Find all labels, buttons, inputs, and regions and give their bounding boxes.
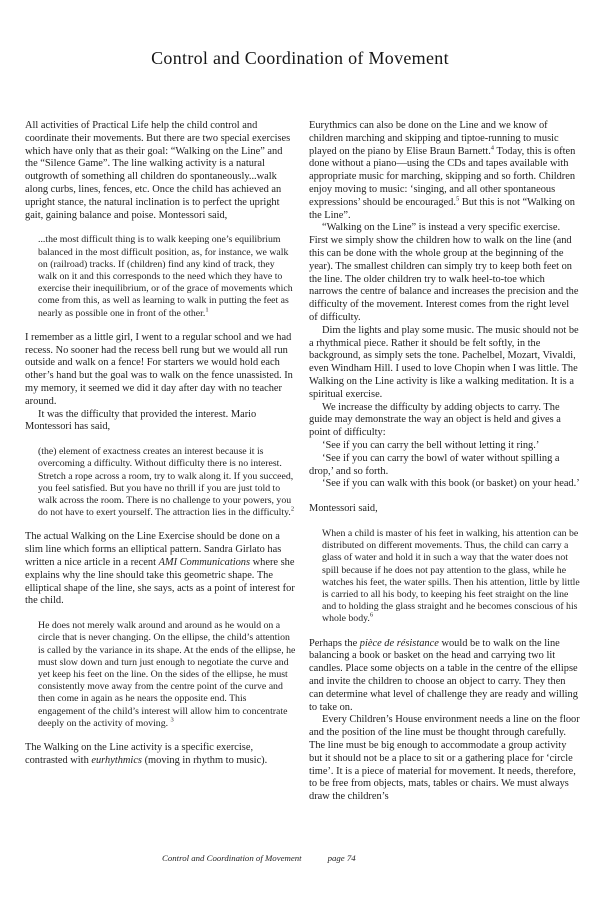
- page-footer: Control and Coordination of Movement pag…: [162, 853, 356, 863]
- paragraph: The Walking on the Line activity is a sp…: [25, 742, 296, 768]
- paragraph: ‘See if you can carry the bell without l…: [309, 440, 580, 453]
- paragraph: Montessori said,: [309, 503, 580, 516]
- paragraph: It was the difficulty that provided the …: [25, 409, 296, 435]
- text-column-left: All activities of Practical Life help th…: [25, 120, 296, 804]
- paragraph: The actual Walking on the Line Exercise …: [25, 531, 296, 608]
- block-quote: He does not merely walk around and aroun…: [38, 620, 296, 730]
- paragraph: We increase the difficulty by adding obj…: [309, 402, 580, 440]
- text-column-right: Eurythmics can also be done on the Line …: [309, 120, 580, 804]
- paragraph: I remember as a little girl, I went to a…: [25, 332, 296, 409]
- paragraph: Eurythmics can also be done on the Line …: [309, 120, 580, 222]
- block-quote: ...the most difficult thing is to walk k…: [38, 234, 296, 319]
- footer-page-number: page 74: [328, 853, 356, 863]
- paragraph: All activities of Practical Life help th…: [25, 120, 296, 222]
- paragraph: “Walking on the Line” is instead a very …: [309, 222, 580, 324]
- paragraph: ‘See if you can carry the bowl of water …: [309, 453, 580, 479]
- paragraph: Every Children’s House environment needs…: [309, 714, 580, 804]
- paragraph: ‘See if you can walk with this book (or …: [309, 478, 580, 491]
- document-page: Control and Coordination of Movement All…: [0, 0, 600, 900]
- paragraph: Dim the lights and play some music. The …: [309, 325, 580, 402]
- paragraph: Perhaps the pièce de résistance would be…: [309, 638, 580, 715]
- block-quote: (the) element of exactness creates an in…: [38, 446, 296, 519]
- page-title: Control and Coordination of Movement: [0, 48, 600, 69]
- page-body: All activities of Practical Life help th…: [25, 120, 580, 804]
- block-quote: When a child is master of his feet in wa…: [322, 528, 580, 626]
- footer-running-title: Control and Coordination of Movement: [162, 853, 302, 863]
